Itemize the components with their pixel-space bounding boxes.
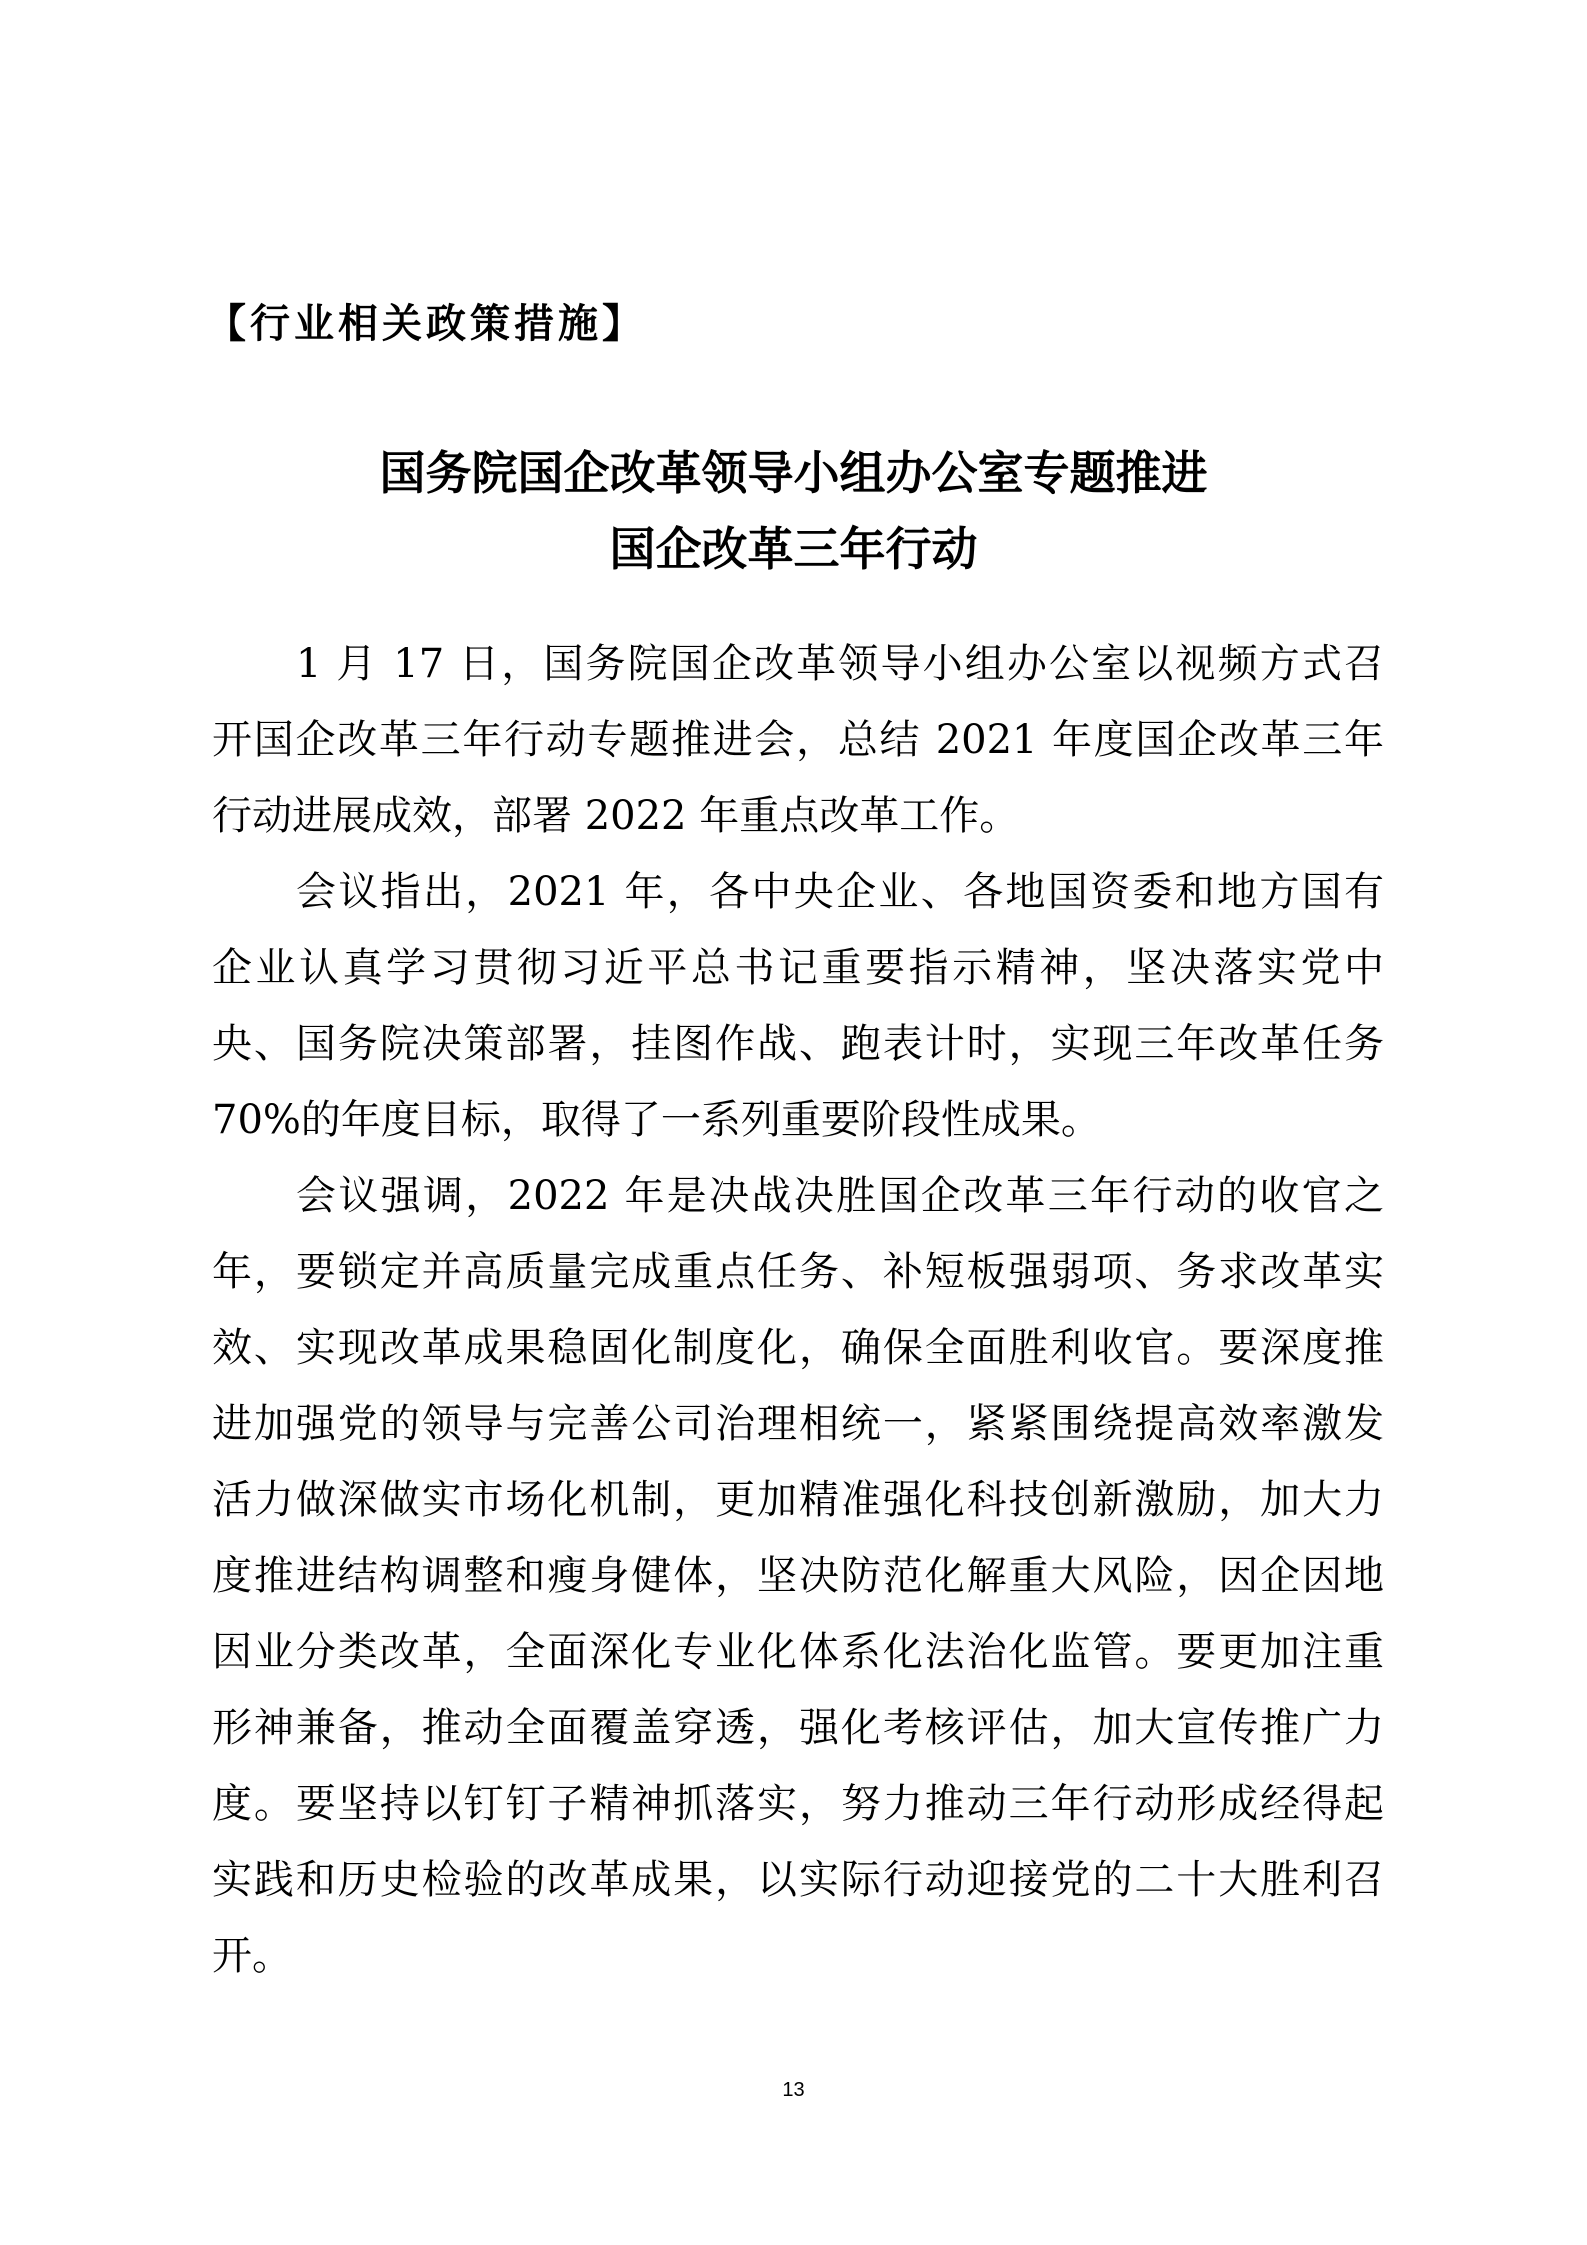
- paragraph-line: 70%的年度目标，取得了一系列重要阶段性成果。: [212, 1092, 1384, 1148]
- paragraph-line: 效、实现改革成果稳固化制度化，确保全面胜利收官。要深度推: [212, 1320, 1384, 1376]
- paragraph-line: 进加强党的领导与完善公司治理相统一，紧紧围绕提高效率激发: [212, 1396, 1384, 1452]
- paragraph-line: 央、国务院决策部署，挂图作战、跑表计时，实现三年改革任务: [212, 1016, 1384, 1072]
- paragraph-line: 因业分类改革，全面深化专业化体系化法治化监管。要更加注重: [212, 1624, 1384, 1680]
- paragraph-line: 开国企改革三年行动专题推进会，总结 2021 年度国企改革三年: [212, 712, 1384, 768]
- paragraph-line: 度推进结构调整和瘦身健体，坚决防范化解重大风险，因企因地: [212, 1548, 1384, 1604]
- paragraph-line: 年，要锁定并高质量完成重点任务、补短板强弱项、务求改革实: [212, 1244, 1384, 1300]
- paragraph-line: 会议指出，2021 年，各中央企业、各地国资委和地方国有: [296, 864, 1384, 920]
- paragraph-line: 实践和历史检验的改革成果，以实际行动迎接党的二十大胜利召: [212, 1852, 1384, 1908]
- paragraph-line: 开。: [212, 1928, 1384, 1984]
- paragraph-line: 会议强调，2022 年是决战决胜国企改革三年行动的收官之: [296, 1168, 1384, 1224]
- document-title-line-2: 国企改革三年行动: [0, 519, 1587, 579]
- paragraph-line: 1 月 17 日，国务院国企改革领导小组办公室以视频方式召: [296, 636, 1384, 692]
- document-title-line-1: 国务院国企改革领导小组办公室专题推进: [0, 443, 1587, 503]
- section-tag: 【行业相关政策措施】: [206, 296, 646, 352]
- paragraph-line: 行动进展成效，部署 2022 年重点改革工作。: [212, 788, 1384, 844]
- document-page: 【行业相关政策措施】 国务院国企改革领导小组办公室专题推进 国企改革三年行动 1…: [0, 0, 1587, 2245]
- paragraph-line: 活力做深做实市场化机制，更加精准强化科技创新激励，加大力: [212, 1472, 1384, 1528]
- paragraph-line: 企业认真学习贯彻习近平总书记重要指示精神，坚决落实党中: [212, 940, 1384, 996]
- page-number: 13: [0, 2078, 1587, 2102]
- paragraph-line: 度。要坚持以钉钉子精神抓落实，努力推动三年行动形成经得起: [212, 1776, 1384, 1832]
- paragraph-line: 形神兼备，推动全面覆盖穿透，强化考核评估，加大宣传推广力: [212, 1700, 1384, 1756]
